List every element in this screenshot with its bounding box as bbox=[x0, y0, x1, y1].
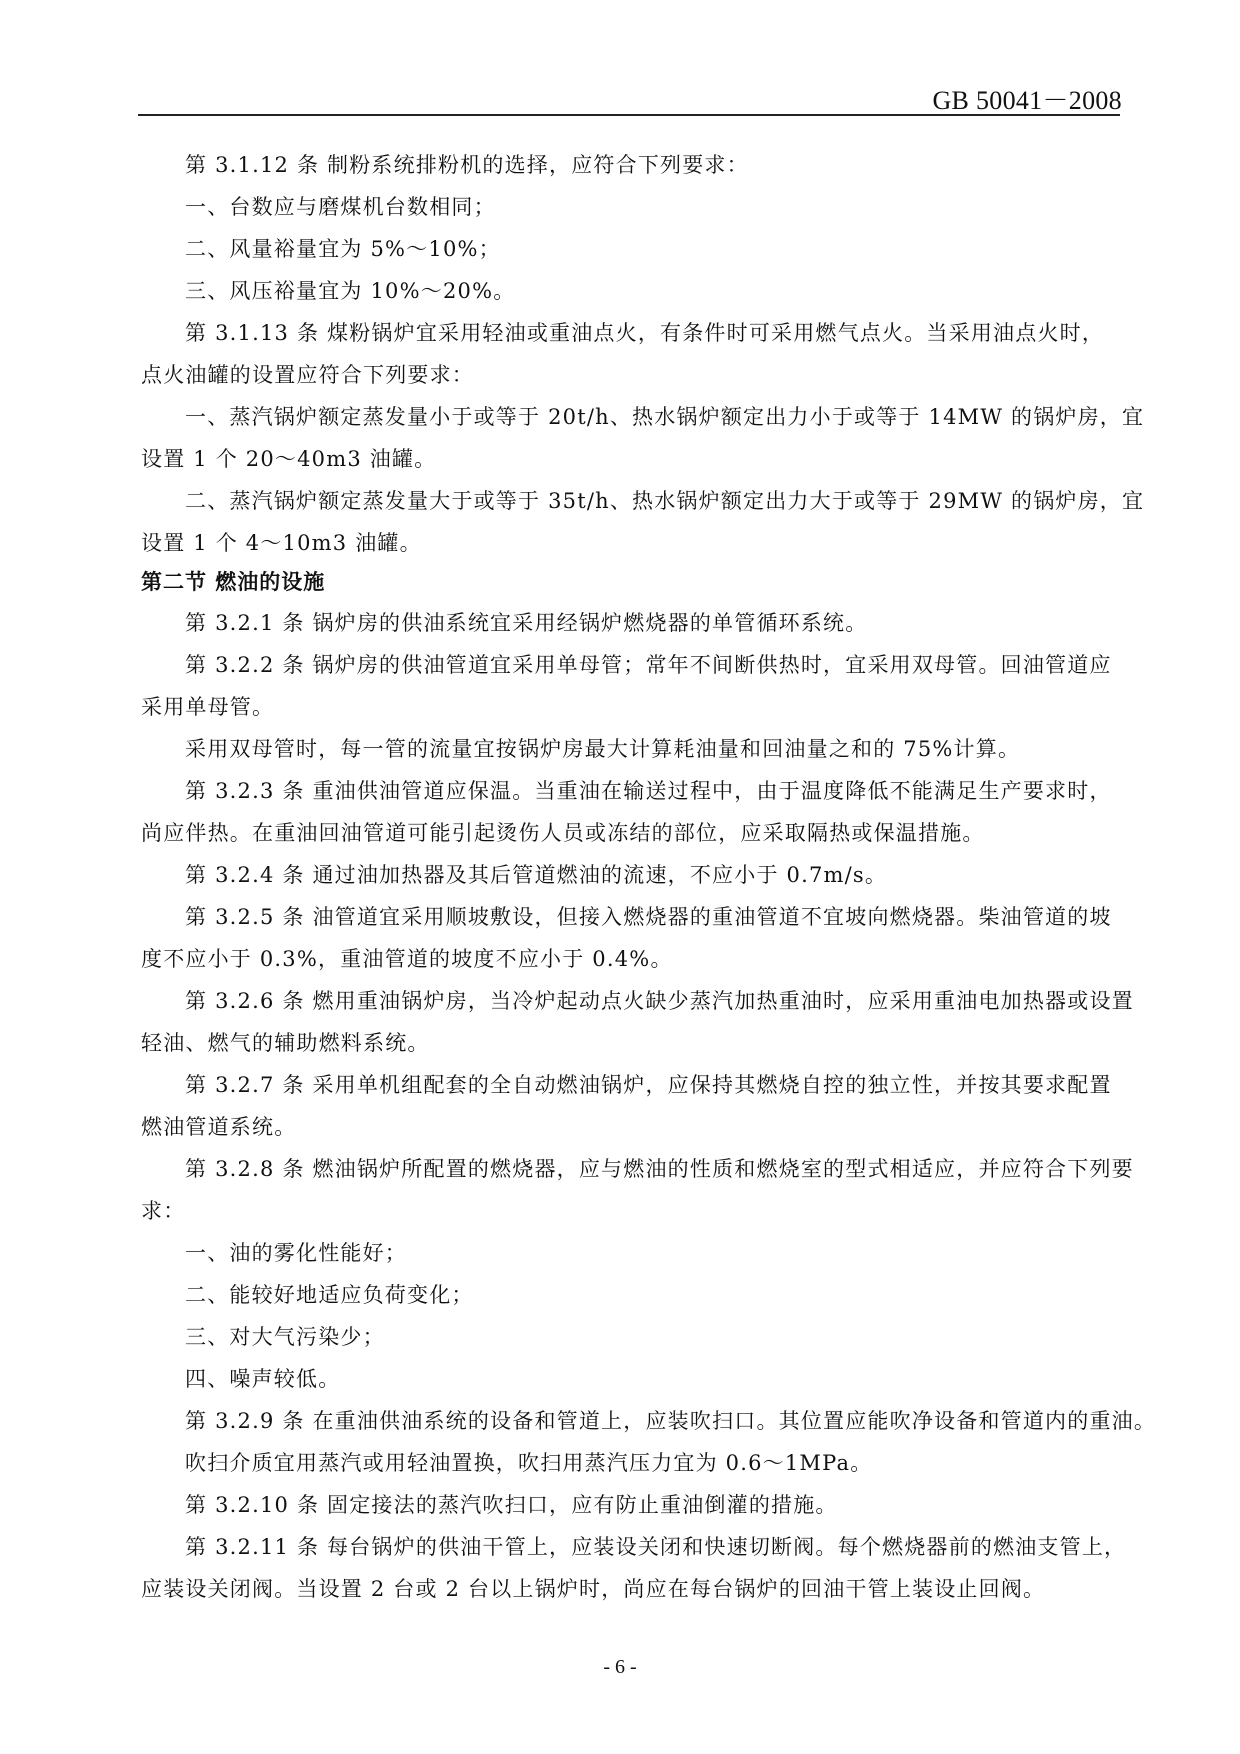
text-line: 一、台数应与磨煤机台数相同； bbox=[185, 192, 496, 222]
text-line: 燃油管道系统。 bbox=[141, 1112, 296, 1142]
text-line: 一、油的雾化性能好； bbox=[185, 1238, 407, 1268]
text-line: 吹扫介质宜用蒸汽或用轻油置换，吹扫用蒸汽压力宜为 0.6～1MPa。 bbox=[185, 1448, 872, 1478]
header-rule bbox=[138, 114, 1120, 116]
text-line: 第 3.1.13 条 煤粉锅炉宜采用轻油或重油点火，有条件时可采用燃气点火。当采… bbox=[185, 318, 1104, 348]
text-line: 应装设关闭阀。当设置 2 台或 2 台以上锅炉时，尚应在每台锅炉的回油干管上装设… bbox=[141, 1574, 1045, 1604]
text-line: 设置 1 个 4～10m3 油罐。 bbox=[141, 528, 422, 558]
standard-code-header: GB 50041－2008 bbox=[932, 80, 1122, 117]
text-line: 第 3.2.5 条 油管道宜采用顺坡敷设，但接入燃烧器的重油管道不宜坡向燃烧器。… bbox=[185, 902, 1112, 932]
text-line: 设置 1 个 20～40m3 油罐。 bbox=[141, 444, 436, 474]
text-line: 三、风压裕量宜为 10%～20%。 bbox=[185, 276, 515, 306]
text-line: 第 3.2.2 条 锅炉房的供油管道宜采用单母管；常年不间断供热时，宜采用双母管… bbox=[185, 650, 1112, 680]
text-line: 轻油、燃气的辅助燃料系统。 bbox=[141, 1028, 430, 1058]
text-line: 二、蒸汽锅炉额定蒸发量大于或等于 35t/h、热水锅炉额定出力大于或等于 29M… bbox=[185, 486, 1144, 516]
text-line: 第 3.2.3 条 重油供油管道应保温。当重油在输送过程中，由于温度降低不能满足… bbox=[185, 776, 1112, 806]
text-line: 点火油罐的设置应符合下列要求： bbox=[141, 360, 474, 390]
text-line: 第 3.2.11 条 每台锅炉的供油干管上，应装设关闭和快速切断阀。每个燃烧器前… bbox=[185, 1532, 1126, 1562]
text-line: 二、能较好地适应负荷变化； bbox=[185, 1280, 474, 1310]
text-line: 四、噪声较低。 bbox=[185, 1364, 340, 1394]
text-line: 第 3.2.9 条 在重油供油系统的设备和管道上，应装吹扫口。其位置应能吹净设备… bbox=[185, 1406, 1156, 1436]
text-line: 尚应伴热。在重油回油管道可能引起烫伤人员或冻结的部位，应采取隔热或保温措施。 bbox=[141, 818, 985, 848]
text-line: 第 3.2.1 条 锅炉房的供油系统宜采用经锅炉燃烧器的单管循环系统。 bbox=[185, 608, 867, 638]
text-line: 采用双母管时，每一管的流量宜按锅炉房最大计算耗油量和回油量之和的 75%计算。 bbox=[185, 734, 1020, 764]
section-heading: 第二节 燃油的设施 bbox=[141, 567, 325, 597]
text-line: 第 3.2.8 条 燃油锅炉所配置的燃烧器，应与燃油的性质和燃烧室的型式相适应，… bbox=[185, 1154, 1134, 1184]
text-line: 二、风量裕量宜为 5%～10%； bbox=[185, 234, 501, 264]
text-line: 第 3.2.6 条 燃用重油锅炉房，当冷炉起动点火缺少蒸汽加热重油时，应采用重油… bbox=[185, 986, 1134, 1016]
text-line: 第 3.2.4 条 通过油加热器及其后管道燃油的流速，不应小于 0.7m/s。 bbox=[185, 860, 887, 890]
text-line: 采用单母管。 bbox=[141, 692, 274, 722]
text-line: 第 3.1.12 条 制粉系统排粉机的选择，应符合下列要求： bbox=[185, 150, 749, 180]
text-line: 求： bbox=[141, 1196, 185, 1226]
text-line: 第 3.2.10 条 固定接法的蒸汽吹扫口，应有防止重油倒灌的措施。 bbox=[185, 1490, 838, 1520]
text-line: 度不应小于 0.3%，重油管道的坡度不应小于 0.4%。 bbox=[141, 944, 673, 974]
text-line: 一、蒸汽锅炉额定蒸发量小于或等于 20t/h、热水锅炉额定出力小于或等于 14M… bbox=[185, 402, 1144, 432]
text-line: 三、对大气污染少； bbox=[185, 1322, 385, 1352]
text-line: 第 3.2.7 条 采用单机组配套的全自动燃油锅炉，应保持其燃烧自控的独立性，并… bbox=[185, 1070, 1112, 1100]
page-number: - 6 - bbox=[0, 1656, 1240, 1679]
